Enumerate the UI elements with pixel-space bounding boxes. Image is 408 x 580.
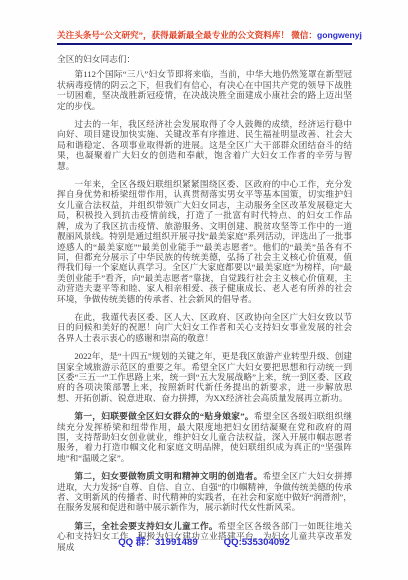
banner-notice-text: 关注头条号“公文研究”，获得最新最全最专业的公文资料库！ [57, 30, 289, 40]
qq-label: QQ: [224, 537, 242, 548]
qq-group: QQ 群：31991489 [118, 537, 197, 548]
paragraph-5: 2022年，是“十四五”规划的关键之年，更是我区旅游产业转型升级、创建国家全域旅… [57, 351, 352, 403]
paragraph-5-text: 2022年，是“十四五”规划的关键之年，更是我区旅游产业转型升级、创建国家全域旅… [57, 351, 352, 403]
paragraph-4-text: 在此，我谨代表区委、区人大、区政府、区政协向全区广大妇女致以节日的问候和美好的祝… [57, 312, 352, 343]
paragraph-1: 第112个国际“三八”妇女节即将来临，当前，中华大地仍然笼罩在新型冠状病毒疫情的… [57, 69, 352, 111]
salutation: 全区的妇女同志们： [57, 54, 352, 64]
banner-wechat-label: 微信： [289, 30, 317, 40]
document-body: 全区的妇女同志们： 第112个国际“三八”妇女节即将来临，当前，中华大地仍然笼罩… [57, 54, 352, 552]
paragraph-6-first-point: 第一，妇联要做全区妇女群众的“贴身娘家”。希望全区各级妇联组织继续充分发挥桥梁和… [57, 411, 352, 463]
paragraph-2: 过去的一年，我区经济社会发展取得了令人鼓舞的成绩，经济运行稳中向好、项目建设加快… [57, 119, 352, 171]
paragraph-1-text: 第112个国际“三八”妇女节即将来临，当前，中华大地仍然笼罩在新型冠状病毒疫情的… [57, 69, 352, 110]
header-banner: 关注头条号“公文研究”，获得最新最全最专业的公文资料库！ 微信：gongweny… [57, 30, 352, 45]
paragraph-6-lead: 第一，妇联要做全区妇女群众的“贴身娘家”。 [74, 411, 253, 421]
qq-number: 535304092 [242, 537, 290, 548]
document-page: 关注头条号“公文研究”，获得最新最全最专业的公文资料库！ 微信：gongweny… [0, 0, 408, 580]
paragraph-7-second-point: 第二，妇女要做物质文明和精神文明的创造者。希望全区广大妇女拼搏进取，大力发扬“自… [57, 471, 352, 513]
qq-group-number: 31991489 [155, 537, 198, 548]
footer-contacts: QQ 群：31991489QQ:535304092 [0, 534, 408, 548]
qq-contact: QQ:535304092 [224, 537, 290, 548]
banner-wechat-id: gongwenyj [317, 30, 362, 40]
paragraph-7-lead: 第二，妇女要做物质文明和精神文明的创造者。 [74, 471, 262, 481]
paragraph-3: 一年来，全区各级妇联组织紧紧围绕区委、区政府的中心工作，充分发挥自身优势和桥梁纽… [57, 179, 352, 304]
paragraph-4: 在此，我谨代表区委、区人大、区政府、区政协向全区广大妇女致以节日的问候和美好的祝… [57, 312, 352, 343]
qq-group-label: QQ 群： [118, 537, 155, 548]
paragraph-2-text: 过去的一年，我区经济社会发展取得了令人鼓舞的成绩，经济运行稳中向好、项目建设加快… [57, 119, 352, 171]
paragraph-3-text: 一年来，全区各级妇联组织紧紧围绕区委、区政府的中心工作，充分发挥自身优势和桥梁纽… [57, 179, 352, 303]
paragraph-8-lead: 第三，全社会要支持妇女儿童工作。 [74, 521, 217, 531]
